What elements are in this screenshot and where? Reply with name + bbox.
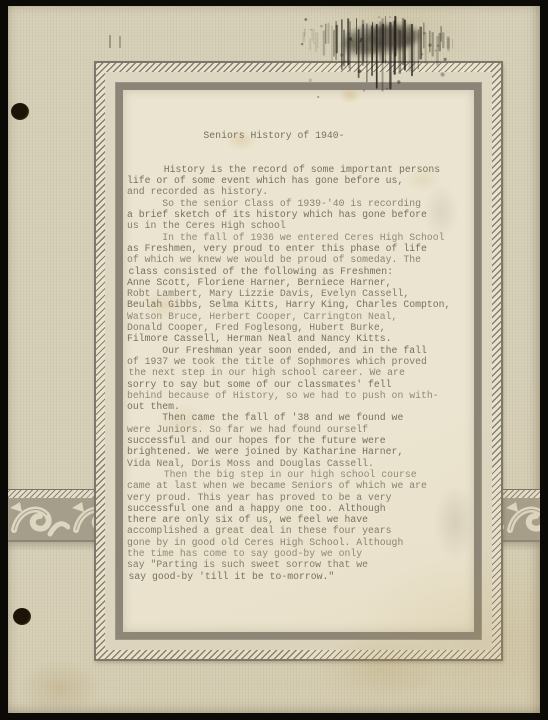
typed-line: Robt Lambert, Mary Lizzie Davis, Evelyn … [127, 288, 472, 299]
typed-line: gone by in good old Ceres High School. A… [127, 537, 472, 548]
typed-line: Vida Neal, Doris Moss and Douglas Cassel… [127, 458, 472, 469]
typed-line: life or of some event which has gone bef… [127, 175, 472, 186]
pencil-mark [106, 33, 130, 51]
typed-line: say good-by 'till it be to-morrow." [129, 571, 473, 582]
typed-line: So the senior Class of 1939-'40 is recor… [127, 198, 472, 209]
typed-line: successful one and a happy one too. Alth… [127, 503, 472, 514]
typed-text: Seniors History of 1940- History is the … [127, 130, 472, 582]
typed-line: very proud. This year has proved to be a… [127, 492, 472, 503]
typed-line: Anne Scott, Floriene Harner, Berniece Ha… [127, 277, 472, 288]
typed-line: a brief sketch of its history which has … [127, 209, 472, 220]
typed-line: Watson Bruce, Herbert Cooper, Carrington… [127, 311, 472, 322]
typed-line: the time has come to say good-by we only [127, 548, 472, 559]
typed-line: successful and our hopes for the future … [127, 435, 472, 446]
typed-line: History is the record of some important … [129, 164, 473, 175]
typed-line: out them. [127, 401, 472, 412]
typed-line: the next step in our high school career.… [129, 367, 473, 378]
typed-line: Then the big step in our high school cou… [129, 469, 473, 480]
typed-line: as Freshmen, very proud to enter this ph… [127, 243, 472, 254]
typed-line: sorry to say but some of our classmates'… [127, 379, 472, 390]
typed-line [127, 153, 472, 164]
typed-line: Filmore Cassell, Herman Neal and Nancy K… [127, 333, 472, 344]
typed-line: accomplished a great deal in these four … [127, 525, 472, 536]
typed-line: In the fall of 1936 we entered Ceres Hig… [127, 232, 472, 243]
frame-gray-band: Seniors History of 1940- History is the … [115, 82, 482, 640]
typed-line: Beulah Gibbs, Selma Kitts, Harry King, C… [127, 299, 472, 310]
typed-line [127, 141, 472, 152]
typed-line: came at last when we became Seniors of w… [127, 480, 472, 491]
typed-line: Our Freshman year soon ended, and in the… [127, 345, 472, 356]
typed-line: and recorded as history. [127, 186, 472, 197]
binder-hole-bottom [13, 608, 31, 625]
typed-line: say "Parting is such sweet sorrow that w… [127, 559, 472, 570]
scrapbook-page: Seniors History of 1940- History is the … [8, 6, 540, 713]
typed-line: brightened. We were joined by Katharine … [127, 446, 472, 457]
typed-line: class consisted of the following as Fres… [129, 266, 473, 277]
typed-line: of which we knew we would be proud of so… [127, 254, 472, 265]
binder-hole-top [11, 103, 29, 120]
typewritten-page: Seniors History of 1940- History is the … [123, 90, 474, 632]
framed-insert: Seniors History of 1940- History is the … [95, 62, 502, 660]
scrapbook-photo: Seniors History of 1940- History is the … [0, 0, 548, 720]
typed-line: Then came the fall of '38 and we found w… [127, 412, 472, 423]
typed-line: were Juniors. So far we had found oursel… [127, 424, 472, 435]
typed-line: behind because of History, so we had to … [127, 390, 472, 401]
typed-line: Donald Cooper, Fred Foglesong, Hubert Bu… [127, 322, 472, 333]
frame-cream-gap: Seniors History of 1940- History is the … [105, 72, 492, 650]
typed-line: of 1937 we took the title of Sophmores w… [127, 356, 472, 367]
document-title-line: Seniors History of 1940- [127, 130, 472, 141]
typed-line: there are only six of us, we feel we hav… [127, 514, 472, 525]
typed-line: us in the Ceres High school [127, 220, 472, 231]
